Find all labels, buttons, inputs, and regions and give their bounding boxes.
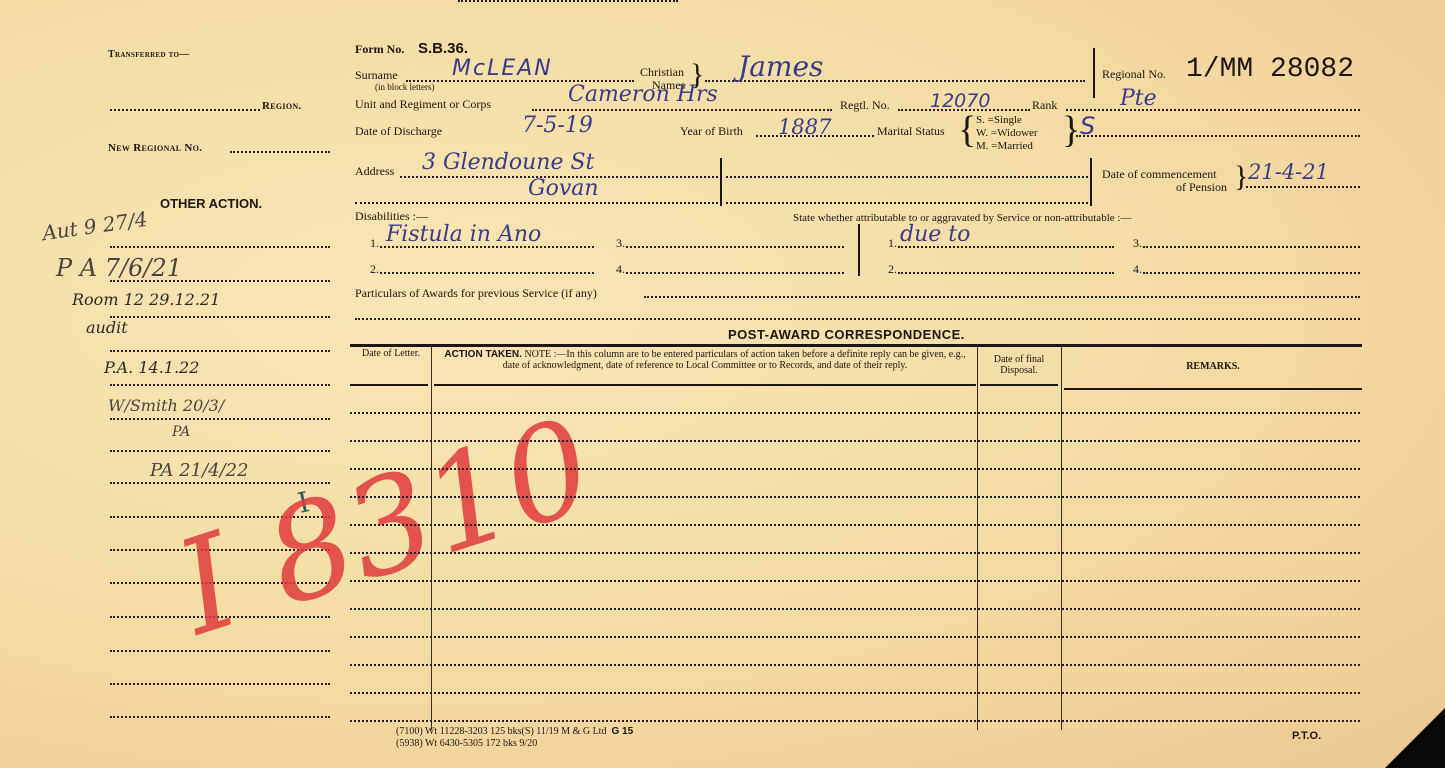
other-action-line-4 xyxy=(110,350,330,352)
attr-1-num: 1. xyxy=(888,236,897,251)
pto-label: P.T.O. xyxy=(1292,730,1321,742)
other-action-line-7 xyxy=(110,450,330,452)
address-line1-value: 3 Glendoune St xyxy=(422,150,594,175)
unit-line xyxy=(532,109,832,111)
attr-3-line xyxy=(1143,246,1360,248)
col-divider-3 xyxy=(1061,346,1062,730)
pension-record-card: Transferred to— Region. New Regional No.… xyxy=(0,0,1445,768)
disabilities-divider xyxy=(858,224,860,276)
correspondence-title: POST-AWARD CORRESPONDENCE. xyxy=(728,327,965,342)
attr-1-value: due to xyxy=(900,222,970,247)
region-line xyxy=(110,109,260,111)
card-corner-shadow xyxy=(1385,708,1445,768)
other-action-line-6 xyxy=(110,418,330,420)
regional-divider xyxy=(1093,48,1095,98)
unit-label: Unit and Regiment or Corps xyxy=(355,97,491,112)
rank-value: Pte xyxy=(1120,86,1157,111)
print-line-1: (7100) Wt 11228-3203 125 bks(S) 11/19 M … xyxy=(396,726,606,737)
other-action-entry-1: Aut 9 27/4 xyxy=(41,207,149,245)
awards-label: Particulars of Awards for previous Servi… xyxy=(355,286,597,301)
col-final-disposal-header: Date of final Disposal. xyxy=(982,354,1056,376)
col-action-note: NOTE :—In this column are to be entered … xyxy=(503,349,966,371)
discharge-label: Date of Discharge xyxy=(355,124,442,139)
marital-value: S xyxy=(1080,112,1095,140)
attr-2-line xyxy=(898,272,1114,274)
rank-line xyxy=(1066,109,1360,111)
table-row xyxy=(350,524,1360,526)
table-row xyxy=(350,636,1360,638)
other-action-entry-6: W/Smith 20/3/ xyxy=(108,396,224,415)
print-code: G 15 xyxy=(611,726,633,737)
table-row xyxy=(350,552,1360,554)
unit-value: Cameron Hrs xyxy=(568,82,718,107)
attr-2-num: 2. xyxy=(888,262,897,277)
other-action-line-15 xyxy=(110,716,330,718)
awards-line-2 xyxy=(355,318,1360,320)
header-rule-4 xyxy=(1064,388,1362,390)
col-action-title: ACTION TAKEN. xyxy=(444,349,522,360)
disability-4-line xyxy=(626,272,844,274)
disability-3-num: 3. xyxy=(616,236,625,251)
rank-label: Rank xyxy=(1032,98,1057,113)
regtl-no-label: Regtl. No. xyxy=(840,98,890,113)
disability-4-num: 4. xyxy=(616,262,625,277)
other-action-heading: OTHER ACTION. xyxy=(160,196,262,211)
col-divider-2 xyxy=(977,346,978,730)
marital-option-widower: W. =Widower xyxy=(976,127,1038,140)
red-crayon-number: I 8310 xyxy=(160,389,610,664)
regional-no-label: Regional No. xyxy=(1102,67,1166,82)
pension-value: 21-4-21 xyxy=(1248,160,1329,184)
header-rule-2 xyxy=(434,384,976,386)
birth-year-label: Year of Birth xyxy=(680,124,743,139)
other-action-entry-2: P A 7/6/21 xyxy=(56,254,182,282)
correspondence-top-rule xyxy=(350,344,1362,347)
marital-option-single: S. =Single xyxy=(976,114,1038,127)
form-no-label: Form No. xyxy=(355,42,404,57)
address-line2-value: Govan xyxy=(528,176,599,201)
address-line-3 xyxy=(726,176,1088,178)
surname-label: Surname xyxy=(355,68,398,83)
table-row xyxy=(350,496,1360,498)
surname-value: McLEAN xyxy=(452,56,553,81)
header-rule-3 xyxy=(980,384,1058,386)
col-remarks-header: REMARKS. xyxy=(1066,361,1360,372)
table-row xyxy=(350,720,1360,722)
address-divider-1 xyxy=(720,158,722,206)
header-rule-1 xyxy=(350,384,428,386)
transferred-to-label: Transferred to— xyxy=(108,49,190,60)
address-label: Address xyxy=(355,164,394,179)
address-line-2 xyxy=(355,202,718,204)
table-row xyxy=(350,440,1360,442)
marital-options: S. =Single W. =Widower M. =Married xyxy=(976,114,1038,153)
pension-label-2: of Pension xyxy=(1176,180,1227,195)
birth-year-value: 1887 xyxy=(778,115,831,139)
discharge-line xyxy=(458,0,678,2)
other-action-line-5 xyxy=(110,384,330,386)
other-action-line-14 xyxy=(110,683,330,685)
new-regional-no-line xyxy=(230,151,330,153)
table-row xyxy=(350,580,1360,582)
attr-4-num: 4. xyxy=(1133,262,1142,277)
print-line-2: (5938) Wt 6430-5305 172 bks 9/20 xyxy=(396,738,633,750)
disability-2-line xyxy=(380,272,594,274)
print-info: (7100) Wt 11228-3203 125 bks(S) 11/19 M … xyxy=(396,726,633,750)
marital-line xyxy=(1076,135,1360,137)
table-row xyxy=(350,692,1360,694)
col-date-letter-header: Date of Letter. xyxy=(352,348,430,359)
form-no-value: S.B.36. xyxy=(418,40,468,57)
regional-no-value: 1/MM 28082 xyxy=(1186,54,1354,85)
discharge-value: 7-5-19 xyxy=(522,113,593,138)
new-regional-no-label: New Regional No. xyxy=(108,142,202,154)
other-action-line-1 xyxy=(110,246,330,248)
disability-3-line xyxy=(626,246,844,248)
surname-sub-label: (in block letters) xyxy=(375,82,434,92)
col-divider-1 xyxy=(431,346,432,730)
other-action-entry-8: PA 21/4/22 xyxy=(150,460,249,481)
col-action-header: ACTION TAKEN. NOTE :—In this column are … xyxy=(440,349,970,371)
other-action-entry-3: Room 12 29.12.21 xyxy=(72,290,220,309)
table-row xyxy=(350,468,1360,470)
pension-line xyxy=(1246,186,1360,188)
disability-1-value: Fistula in Ano xyxy=(386,222,541,247)
marital-option-married: M. =Married xyxy=(976,140,1038,153)
awards-line-1 xyxy=(644,296,1360,298)
marital-close-brace: } xyxy=(1062,111,1080,149)
attr-3-num: 3. xyxy=(1133,236,1142,251)
christian-names-value: James xyxy=(738,50,823,83)
other-action-entry-4: audit xyxy=(86,318,128,337)
region-label: Region. xyxy=(262,100,301,112)
other-action-line-3 xyxy=(110,316,330,318)
address-line-4 xyxy=(726,202,1088,204)
disability-2-num: 2. xyxy=(370,262,379,277)
marital-label: Marital Status xyxy=(877,124,945,139)
disability-1-num: 1. xyxy=(370,236,379,251)
table-row xyxy=(350,608,1360,610)
other-action-entry-5: P.A. 14.1.22 xyxy=(104,358,199,377)
attr-4-line xyxy=(1143,272,1360,274)
table-row xyxy=(350,664,1360,666)
marital-open-brace: { xyxy=(958,111,976,149)
table-row xyxy=(350,412,1360,414)
address-divider-2 xyxy=(1090,158,1092,206)
other-action-entry-7: PA xyxy=(172,424,190,440)
